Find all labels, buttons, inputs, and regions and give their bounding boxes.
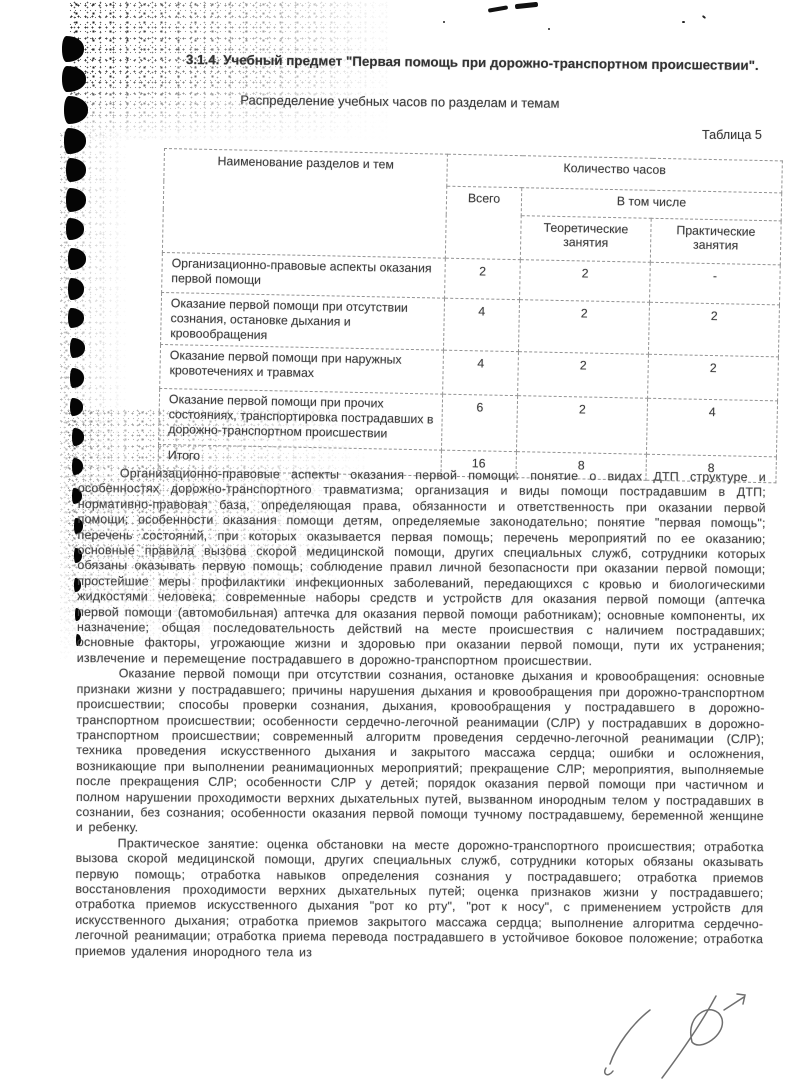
paragraph-first-aid-unconscious: Оказание первой помощи при отсутствии со…	[76, 666, 765, 840]
row-name: Оказание первой помощи при прочих состоя…	[159, 388, 443, 450]
top-edge-mark	[488, 5, 508, 12]
row-name: Оказание первой помощи при отсутствии со…	[161, 292, 445, 350]
scan-speck	[682, 21, 685, 23]
row-total: 6	[441, 394, 517, 451]
col-header-practice: Практические занятия	[650, 218, 781, 265]
row-total: 2	[445, 258, 521, 299]
scanned-page: 3.1.4. Учебный предмет "Первая помощь пр…	[0, 0, 785, 1080]
row-practice: -	[650, 262, 781, 305]
scan-speck	[443, 21, 445, 23]
col-header-name: Наименование разделов и тем	[162, 149, 447, 259]
row-theory: 2	[518, 352, 649, 399]
row-practice: 4	[646, 398, 777, 457]
scan-speck	[702, 15, 706, 19]
row-theory: 2	[516, 396, 647, 455]
signature-scribble	[596, 992, 766, 1080]
paragraph-practical-lesson: Практическое занятие: оценка обстановки …	[75, 836, 764, 963]
paragraph-org-legal: Организационно-правовые аспекты оказания…	[77, 466, 766, 670]
col-header-total: Всего	[445, 186, 521, 259]
hours-table: Наименование разделов и тем Количество ч…	[158, 148, 784, 483]
row-theory: 2	[518, 300, 649, 355]
row-total: 4	[443, 350, 519, 395]
table-caption: Таблица 5	[702, 128, 762, 142]
scan-noise-top-left	[68, 0, 388, 140]
scan-speck	[548, 28, 550, 30]
row-total: 4	[443, 298, 519, 351]
row-name: Организационно-правовые аспекты оказания…	[162, 252, 446, 298]
row-name: Оказание первой помощи при наружных кров…	[160, 344, 444, 394]
top-edge-mark	[515, 2, 538, 9]
row-practice: 2	[648, 354, 779, 401]
row-practice: 2	[648, 302, 779, 357]
body-text: Организационно-правовые аспекты оказания…	[75, 466, 766, 963]
col-header-theory: Теоретические занятия	[520, 216, 651, 263]
row-theory: 2	[520, 260, 651, 303]
